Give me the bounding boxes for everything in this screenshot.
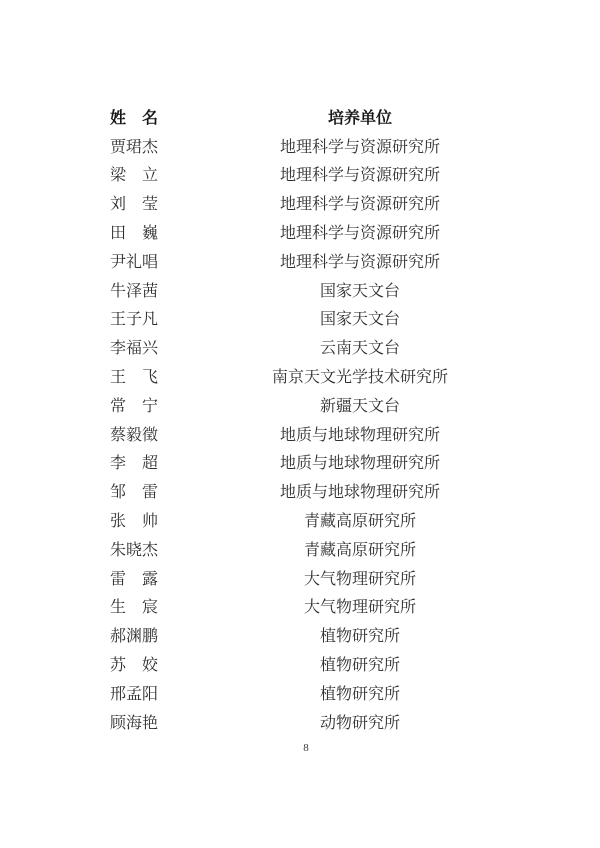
table-row: 王 飞 南京天文光学技术研究所 — [0, 361, 600, 390]
name-cell: 蔡毅徵 — [110, 422, 220, 445]
unit-cell: 青藏高原研究所 — [220, 508, 500, 531]
table-row: 生 宸 大气物理研究所 — [0, 592, 600, 621]
name-cell: 田 巍 — [110, 220, 220, 243]
page-number: 8 — [0, 742, 600, 754]
unit-cell: 地理科学与资源研究所 — [220, 191, 500, 214]
name-column-header: 姓 名 — [110, 105, 220, 128]
table-row: 苏 姣 植物研究所 — [0, 649, 600, 678]
name-cell: 顾海艳 — [110, 710, 220, 733]
name-cell: 苏 姣 — [110, 652, 220, 675]
name-cell: 王 飞 — [110, 364, 220, 387]
unit-cell: 地质与地球物理研究所 — [220, 479, 500, 502]
table-row: 张 帅 青藏高原研究所 — [0, 505, 600, 534]
unit-cell: 动物研究所 — [220, 710, 500, 733]
name-cell: 李 超 — [110, 450, 220, 473]
unit-cell: 地质与地球物理研究所 — [220, 422, 500, 445]
table-row: 王子凡 国家天文台 — [0, 304, 600, 333]
unit-cell: 植物研究所 — [220, 681, 500, 704]
name-cell: 刘 莹 — [110, 191, 220, 214]
document-page: 姓 名 培养单位 贾珺杰 地理科学与资源研究所 梁 立 地理科学与资源研究所 刘… — [0, 0, 600, 848]
name-cell: 张 帅 — [110, 508, 220, 531]
unit-cell: 国家天文台 — [220, 278, 500, 301]
unit-cell: 地理科学与资源研究所 — [220, 249, 500, 272]
table-row: 李 超 地质与地球物理研究所 — [0, 448, 600, 477]
name-cell: 梁 立 — [110, 162, 220, 185]
unit-cell: 地理科学与资源研究所 — [220, 162, 500, 185]
table-row: 邢孟阳 植物研究所 — [0, 678, 600, 707]
name-cell: 李福兴 — [110, 335, 220, 358]
unit-cell: 青藏高原研究所 — [220, 537, 500, 560]
unit-cell: 南京天文光学技术研究所 — [220, 364, 500, 387]
table-row: 贾珺杰 地理科学与资源研究所 — [0, 131, 600, 160]
name-cell: 邢孟阳 — [110, 681, 220, 704]
table-row: 刘 莹 地理科学与资源研究所 — [0, 188, 600, 217]
table-row: 田 巍 地理科学与资源研究所 — [0, 217, 600, 246]
table-header-row: 姓 名 培养单位 — [0, 102, 600, 131]
unit-cell: 地理科学与资源研究所 — [220, 134, 500, 157]
name-cell: 贾珺杰 — [110, 134, 220, 157]
name-cell: 王子凡 — [110, 306, 220, 329]
unit-cell: 云南天文台 — [220, 335, 500, 358]
table-row: 蔡毅徵 地质与地球物理研究所 — [0, 419, 600, 448]
table-row: 常 宁 新疆天文台 — [0, 390, 600, 419]
table-row: 梁 立 地理科学与资源研究所 — [0, 160, 600, 189]
table-row: 尹礼唱 地理科学与资源研究所 — [0, 246, 600, 275]
name-cell: 常 宁 — [110, 393, 220, 416]
name-cell: 朱晓杰 — [110, 537, 220, 560]
roster-table: 姓 名 培养单位 贾珺杰 地理科学与资源研究所 梁 立 地理科学与资源研究所 刘… — [0, 102, 600, 736]
table-row: 郝渊鹏 植物研究所 — [0, 620, 600, 649]
name-cell: 生 宸 — [110, 594, 220, 617]
unit-cell: 大气物理研究所 — [220, 566, 500, 589]
table-row: 李福兴 云南天文台 — [0, 332, 600, 361]
name-cell: 牛泽茜 — [110, 278, 220, 301]
table-body: 贾珺杰 地理科学与资源研究所 梁 立 地理科学与资源研究所 刘 莹 地理科学与资… — [0, 131, 600, 736]
unit-cell: 国家天文台 — [220, 306, 500, 329]
unit-cell: 植物研究所 — [220, 652, 500, 675]
unit-cell: 新疆天文台 — [220, 393, 500, 416]
unit-column-header: 培养单位 — [220, 105, 500, 128]
name-cell: 邹 雷 — [110, 479, 220, 502]
unit-cell: 大气物理研究所 — [220, 594, 500, 617]
unit-cell: 地理科学与资源研究所 — [220, 220, 500, 243]
unit-cell: 地质与地球物理研究所 — [220, 450, 500, 473]
name-cell: 郝渊鹏 — [110, 623, 220, 646]
name-cell: 雷 露 — [110, 566, 220, 589]
table-row: 朱晓杰 青藏高原研究所 — [0, 534, 600, 563]
unit-cell: 植物研究所 — [220, 623, 500, 646]
table-row: 邹 雷 地质与地球物理研究所 — [0, 476, 600, 505]
table-row: 牛泽茜 国家天文台 — [0, 275, 600, 304]
table-row: 雷 露 大气物理研究所 — [0, 563, 600, 592]
table-row: 顾海艳 动物研究所 — [0, 707, 600, 736]
name-cell: 尹礼唱 — [110, 249, 220, 272]
